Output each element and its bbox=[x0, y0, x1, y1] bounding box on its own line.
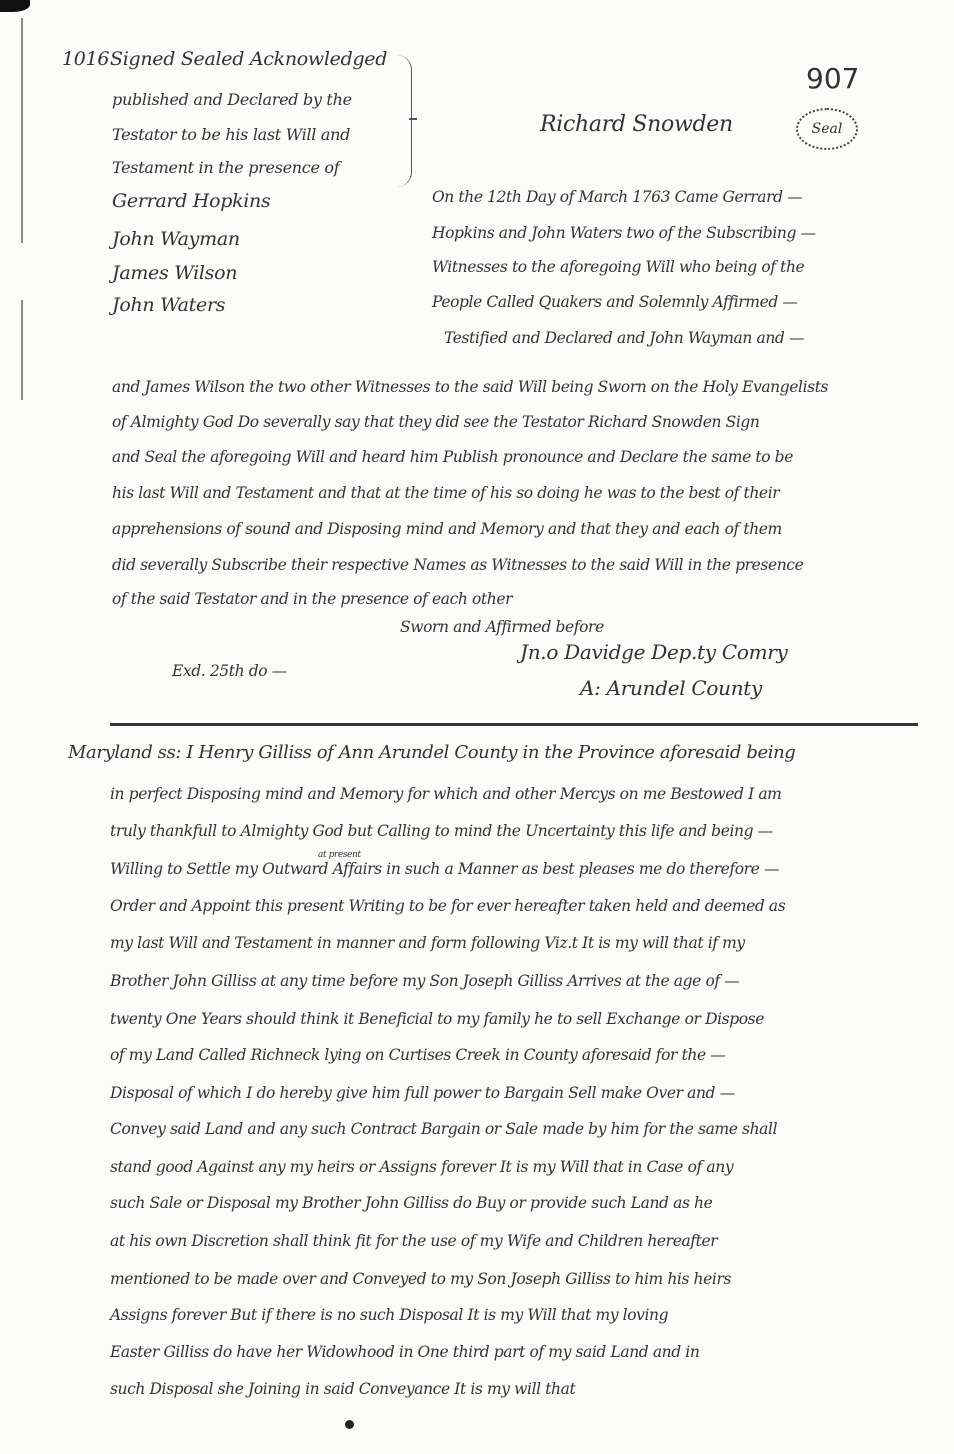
probate-line: Witnesses to the aforegoing Will who bei… bbox=[432, 258, 804, 276]
sworn-before: Sworn and Affirmed before bbox=[400, 618, 604, 636]
will-line: twenty One Years should think it Benefic… bbox=[110, 1010, 764, 1028]
interlinear-insertion: at present bbox=[318, 850, 361, 860]
seal-icon: Seal bbox=[796, 108, 858, 150]
margin-rule-lower bbox=[21, 300, 23, 400]
probate-line: apprehensions of sound and Disposing min… bbox=[112, 520, 782, 538]
will-line: Maryland ss: I Henry Gilliss of Ann Arun… bbox=[68, 742, 795, 763]
will-line: such Sale or Disposal my Brother John Gi… bbox=[110, 1194, 712, 1212]
will-line: Easter Gilliss do have her Widowhood in … bbox=[110, 1343, 699, 1361]
will-line: stand good Against any my heirs or Assig… bbox=[110, 1158, 733, 1176]
will-line: Assigns forever But if there is no such … bbox=[110, 1306, 668, 1324]
probate-line: did severally Subscribe their respective… bbox=[112, 556, 803, 574]
probate-line: and James Wilson the two other Witnesses… bbox=[112, 378, 828, 396]
will-line: Willing to Settle my Outward Affairs in … bbox=[110, 860, 779, 878]
ink-blot bbox=[0, 0, 30, 12]
will-line: my last Will and Testament in manner and… bbox=[110, 934, 745, 952]
will-line: truly thankfull to Almighty God but Call… bbox=[110, 822, 773, 840]
ink-dot bbox=[345, 1420, 354, 1429]
attestation-line-3: Testator to be his last Will and bbox=[112, 125, 350, 144]
will-line: of my Land Called Richneck lying on Curt… bbox=[110, 1046, 725, 1064]
brace bbox=[397, 55, 412, 187]
witness-signature: John Wayman bbox=[112, 228, 240, 250]
probate-line: of Almighty God Do severally say that th… bbox=[112, 413, 760, 431]
will-line: mentioned to be made over and Conveyed t… bbox=[110, 1270, 731, 1288]
probate-line: People Called Quakers and Solemnly Affir… bbox=[432, 293, 798, 311]
folio-number: 907 bbox=[806, 62, 859, 95]
official-signature: Jn.o Davidge Dep.ty Comry bbox=[520, 640, 788, 664]
will-line: at his own Discretion shall think fit fo… bbox=[110, 1232, 717, 1250]
section-divider bbox=[110, 723, 918, 726]
witness-signature: John Waters bbox=[112, 294, 225, 316]
will-line: Order and Appoint this present Writing t… bbox=[110, 897, 785, 915]
brace-tick bbox=[409, 118, 417, 120]
official-county: A: Arundel County bbox=[580, 676, 762, 700]
testator-signature: Richard Snowden bbox=[540, 112, 733, 137]
probate-line: and Seal the aforegoing Will and heard h… bbox=[112, 448, 793, 466]
will-line: such Disposal she Joining in said Convey… bbox=[110, 1380, 575, 1398]
will-line: Brother John Gilliss at any time before … bbox=[110, 972, 739, 990]
will-line: Disposal of which I do hereby give him f… bbox=[110, 1084, 735, 1102]
seal-label: Seal bbox=[812, 121, 843, 137]
attestation-line-2: published and Declared by the bbox=[112, 90, 352, 109]
witness-signature: Gerrard Hopkins bbox=[112, 190, 270, 212]
examined-note: Exd. 25th do — bbox=[172, 662, 287, 680]
witness-signature: James Wilson bbox=[112, 262, 237, 284]
will-line: Convey said Land and any such Contract B… bbox=[110, 1120, 777, 1138]
will-line: in perfect Disposing mind and Memory for… bbox=[110, 785, 781, 803]
probate-line: On the 12th Day of March 1763 Came Gerra… bbox=[432, 188, 802, 206]
margin-rule-top bbox=[21, 18, 23, 243]
attestation-line-4: Testament in the presence of bbox=[112, 158, 339, 177]
probate-line: Hopkins and John Waters two of the Subsc… bbox=[432, 224, 816, 242]
entry-number: 1016 bbox=[62, 48, 109, 70]
probate-line: Testified and Declared and John Wayman a… bbox=[444, 329, 804, 347]
attestation-line-1: Signed Sealed Acknowledged bbox=[110, 48, 387, 70]
probate-line: his last Will and Testament and that at … bbox=[112, 484, 779, 502]
probate-line: of the said Testator and in the presence… bbox=[112, 590, 512, 608]
